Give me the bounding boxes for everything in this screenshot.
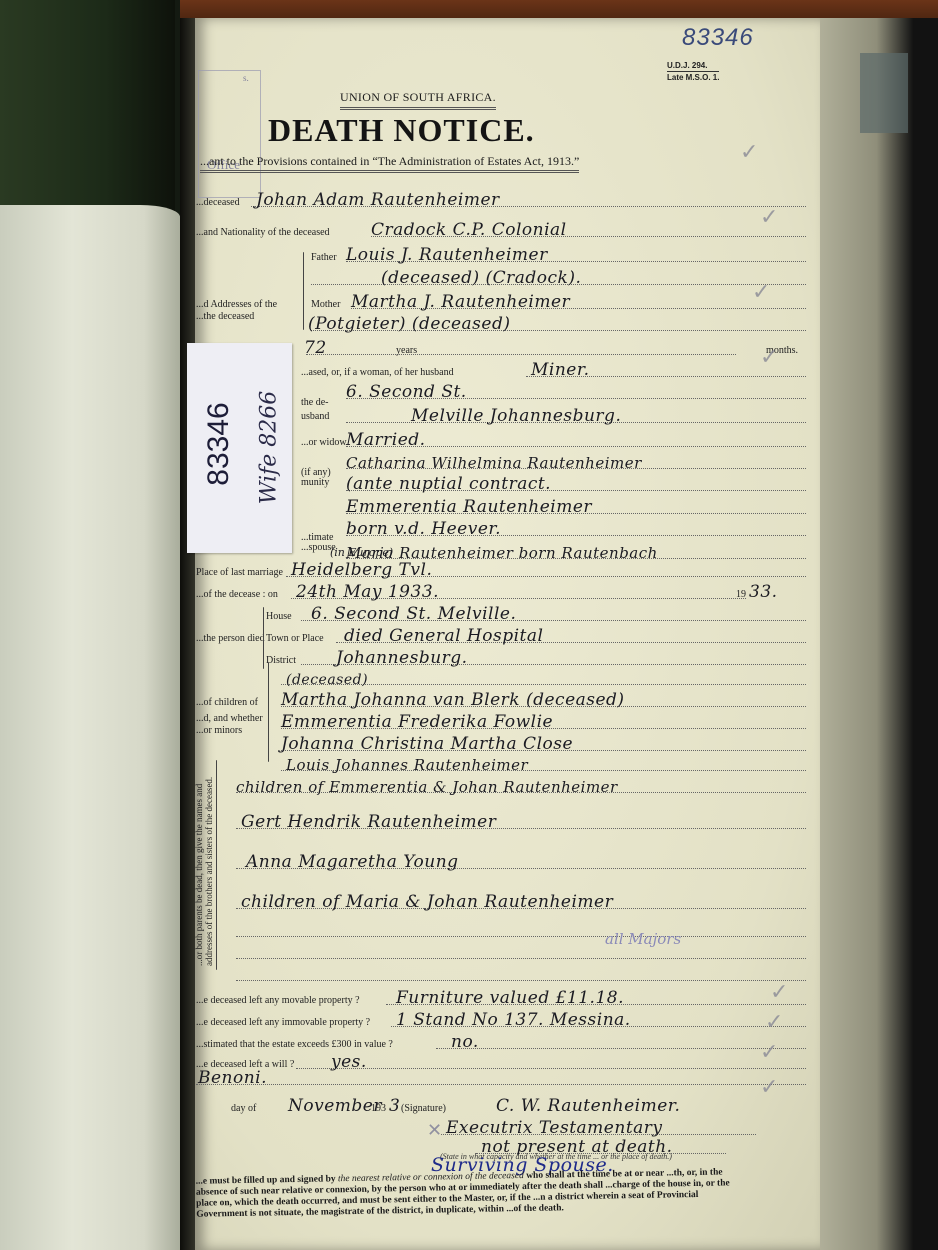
signature-date-row: day of November 193 3 (Signature) C. W. …: [196, 1096, 806, 1116]
field-district: District Johannesburg.: [196, 648, 806, 668]
field-place-signed: Benoni.: [196, 1068, 806, 1088]
label-card-number: 83346: [202, 384, 236, 504]
footer-instructions: ...e must be filled up and signed by the…: [196, 1167, 737, 1220]
check-mark-icon: ✓: [740, 140, 758, 165]
field-immovable-property: ...e deceased left any immovable propert…: [196, 1010, 806, 1030]
child-line-4: Louis Johannes Rautenheimer: [196, 754, 806, 774]
field-house: House 6. Second St. Melville.: [196, 604, 806, 624]
place-brace: [263, 607, 264, 669]
siblings-note: ...or both parents be dead, then give th…: [184, 756, 224, 966]
label-card-note: Wife 8266: [257, 388, 282, 508]
field-town: ...the person died Town or Place died Ge…: [196, 626, 806, 646]
child-line-3: Johanna Christina Martha Close: [196, 734, 806, 754]
child-line-5: children of Emmerentia & Johan Rautenhei…: [196, 776, 806, 796]
check-mark-icon: ✓: [760, 205, 778, 230]
capacity-line-1: Executrix Testamentary: [196, 1118, 806, 1138]
check-mark-icon: ✓: [770, 980, 788, 1005]
check-mark-icon: ✓: [760, 1040, 778, 1065]
subtitle: ...ant to the Provisions contained in “T…: [200, 154, 579, 173]
stacked-pages-edge: [815, 18, 938, 1250]
field-name: ...deceased Johan Adam Rautenheimer: [196, 190, 806, 210]
form-code: U.D.J. 294. Late M.S.O. 1.: [667, 60, 719, 83]
field-estate-value: ...stimated that the estate exceeds £300…: [196, 1032, 806, 1052]
field-mother: ...d Addresses of the Mother Martha J. R…: [196, 292, 806, 312]
field-father-2: (deceased) (Cradock).: [196, 268, 806, 288]
child-line-1: ...of children of Martha Johanna van Ble…: [196, 690, 806, 710]
child-line-0: (deceased): [196, 668, 806, 688]
blank-line: [196, 964, 806, 984]
field-place-of-marriage: Place of last marriage Heidelberg Tvl.: [196, 560, 806, 580]
archive-number: 83346: [682, 24, 754, 52]
check-mark-icon: ✓: [765, 1010, 783, 1035]
paper-roll: [0, 205, 180, 1250]
blank-line: [196, 942, 806, 962]
country-heading: UNION OF SOUTH AFRICA.: [340, 90, 496, 110]
field-movable-property: ...e deceased left any movable property …: [196, 988, 806, 1008]
child-line-6: Gert Hendrik Rautenheimer: [196, 812, 806, 832]
green-roll: [0, 0, 175, 215]
children-brace: [268, 662, 269, 762]
parents-brace: [303, 252, 304, 330]
office-stamp: s. Office: [198, 70, 261, 198]
child-line-7: Anna Magaretha Young: [196, 852, 806, 872]
blank-line: [196, 920, 806, 940]
archive-label-card: 83346 Wife 8266: [187, 343, 292, 553]
field-date-of-death: ...of the decease : on 24th May 1933. 19…: [196, 582, 806, 602]
check-mark-icon: ✓: [760, 345, 778, 370]
child-line-2: ...d, and whether ...or minors Emmerenti…: [196, 712, 806, 732]
page-title: DEATH NOTICE.: [268, 112, 535, 149]
check-mark-icon: ✓: [752, 280, 770, 305]
name-value: Johan Adam Rautenheimer: [256, 190, 500, 210]
check-mark-icon: ✓: [760, 1075, 778, 1100]
field-mother-2: ...the deceased (Potgieter) (deceased): [196, 314, 806, 334]
page-tab: [860, 53, 908, 133]
previous-spouse-note: (in Europe): [330, 546, 393, 559]
all-majors-annotation: all Majors: [605, 930, 681, 948]
field-father: Father Louis J. Rautenheimer: [196, 245, 806, 265]
signature: C. W. Rautenheimer.: [496, 1096, 680, 1116]
field-birthplace: ...and Nationality of the deceased Crado…: [196, 220, 806, 240]
child-line-8: children of Maria & Johan Rautenheimer: [196, 892, 806, 912]
